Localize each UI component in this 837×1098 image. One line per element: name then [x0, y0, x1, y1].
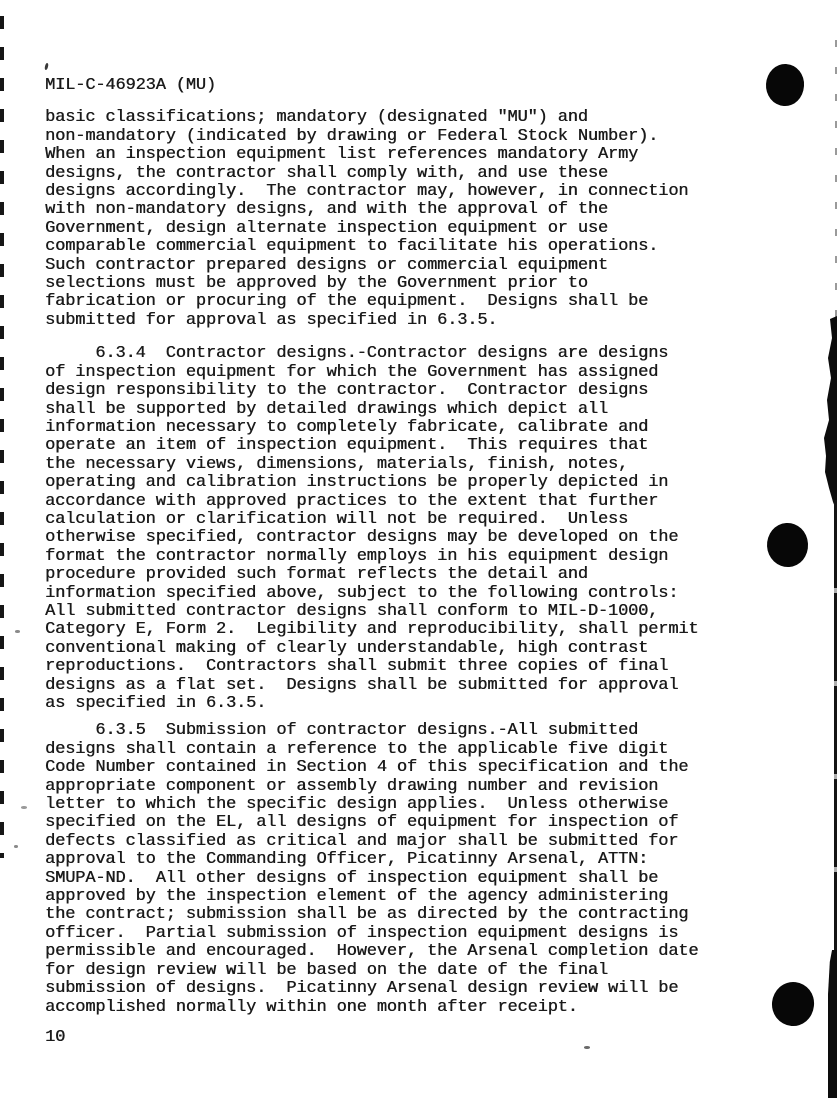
hole-punch-mark-top [765, 63, 806, 108]
scan-speck [14, 845, 18, 848]
paragraph-continuation: basic classifications; mandatory (design… [45, 109, 757, 330]
hole-punch-mark-middle [766, 522, 809, 568]
paragraph-6-3-5-submission-of-contractor-designs: 6.3.5 Submission of contractor designs.-… [45, 722, 757, 1017]
scan-edge-dashes-left [0, 16, 4, 858]
document-id-header: MIL-C-46923A (MU) [45, 77, 757, 95]
scan-edge-strip-bottom-right [828, 950, 837, 1098]
scan-speck [44, 63, 49, 71]
page-number: 10 [45, 1029, 757, 1047]
scan-speck [15, 630, 20, 633]
scan-edge-blob-right [823, 316, 837, 512]
paragraph-6-3-4-contractor-designs: 6.3.4 Contractor designs.-Contractor des… [45, 345, 757, 713]
page-content: MIL-C-46923A (MU) basic classifications;… [45, 77, 757, 1047]
scanned-document-page: MIL-C-46923A (MU) basic classifications;… [0, 0, 837, 1098]
scan-speck [21, 806, 27, 809]
hole-punch-mark-bottom [770, 980, 816, 1028]
